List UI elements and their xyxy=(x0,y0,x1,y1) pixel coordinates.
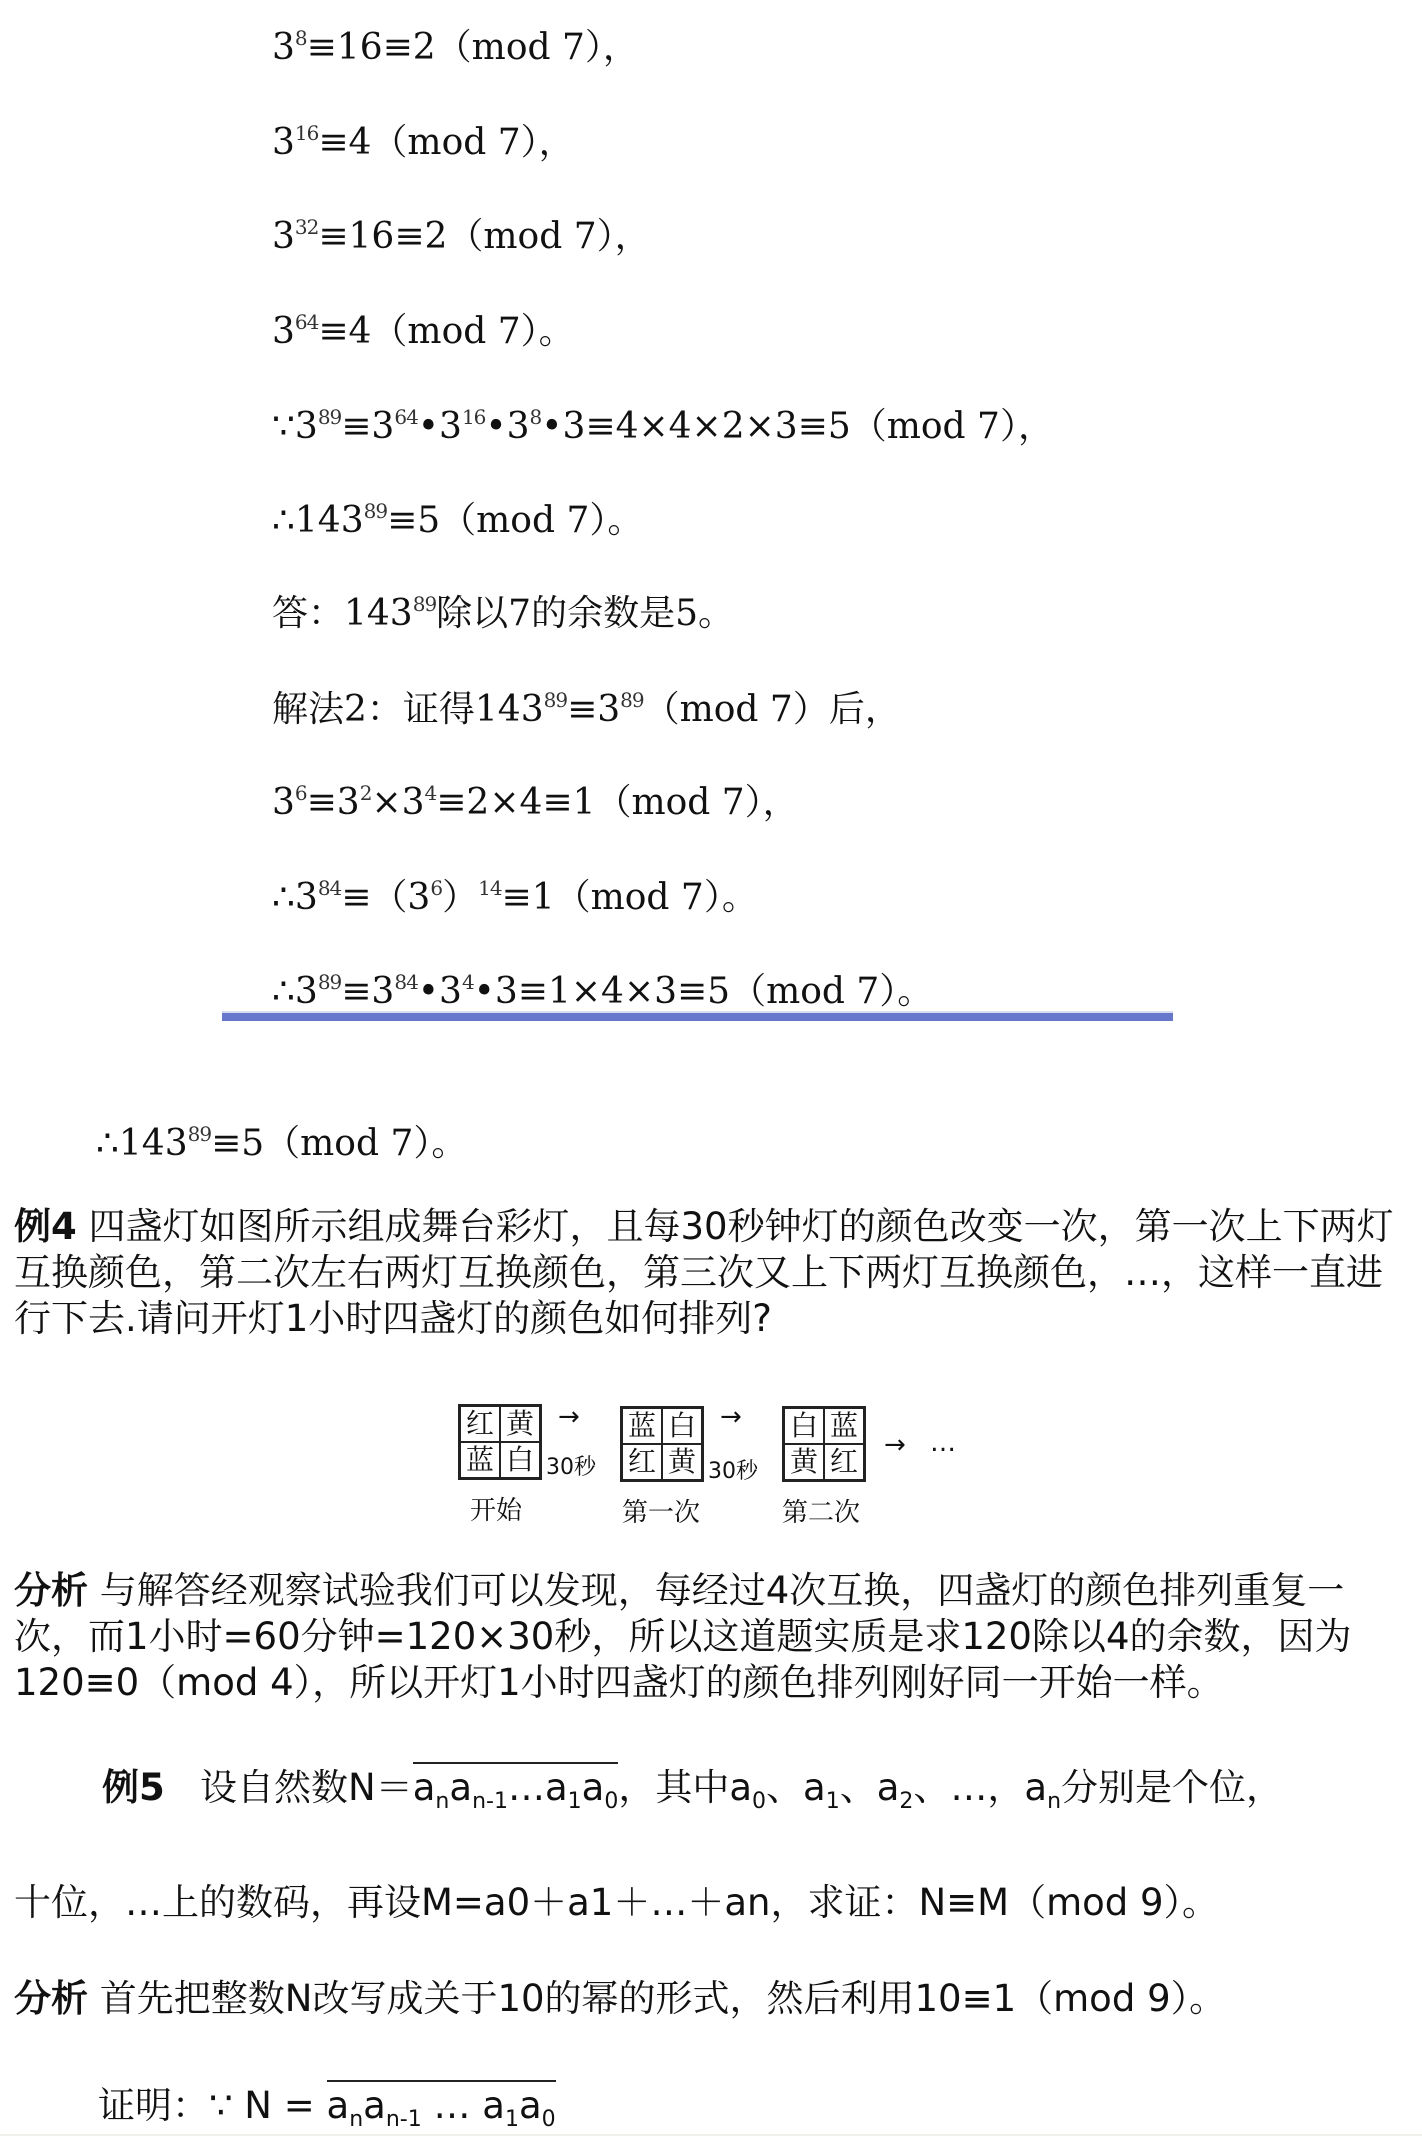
text: 3 xyxy=(272,782,295,823)
example4-paragraph: 例4 四盏灯如图所示组成舞台彩灯，且每30秒钟灯的颜色改变一次，第一次上下两灯互… xyxy=(14,1204,1414,1342)
text: ≡3 xyxy=(341,406,394,447)
conclusion-line: ∴14389≡5（mod 7）。 xyxy=(96,1112,467,1166)
exponent: 64 xyxy=(394,405,417,429)
text: ） xyxy=(442,877,478,918)
example4-text: 四盏灯如图所示组成舞台彩灯，且每30秒钟灯的颜色改变一次，第一次上下两灯互换颜色… xyxy=(14,1205,1394,1340)
congruence-line-3-8: 38≡16≡2（mod 7）， xyxy=(272,16,639,70)
text: •3≡4×4×2×3≡5（mod 7）， xyxy=(541,406,1054,447)
text: ≡5（mod 7）。 xyxy=(211,1123,467,1164)
text: ×3 xyxy=(371,782,424,823)
exponent: 84 xyxy=(318,876,341,900)
base: 3 xyxy=(272,27,295,68)
text: ∴143 xyxy=(272,500,364,541)
exponent: 89 xyxy=(544,688,567,712)
lamp-cell: 红 xyxy=(622,1444,662,1480)
exponent: 16 xyxy=(462,405,485,429)
caption-second: 第二次 xyxy=(782,1492,860,1529)
text: •3 xyxy=(418,971,462,1012)
text: ∴143 xyxy=(96,1123,188,1164)
exponent: 14 xyxy=(478,876,501,900)
text: 解法2：证得143 xyxy=(272,689,544,730)
congruence-line-3-16: 316≡4（mod 7）， xyxy=(272,111,575,165)
congruence-text: ≡4（mod 7）。 xyxy=(318,311,574,352)
text: ∴3 xyxy=(272,877,318,918)
exponent: 6 xyxy=(430,876,442,900)
lamp-grid-second: 白 蓝 黄 红 xyxy=(782,1406,866,1482)
lamp-cell: 黄 xyxy=(784,1444,824,1480)
exponent: 89 xyxy=(318,970,341,994)
text: ∴3 xyxy=(272,971,318,1012)
page-bottom-edge xyxy=(0,2134,1422,2136)
text: ≡5（mod 7）。 xyxy=(387,500,643,541)
congruence-text: ≡16≡2（mod 7）， xyxy=(318,216,650,257)
therefore-line: ∴14389≡5（mod 7）。 xyxy=(272,489,643,543)
text: ，其中a xyxy=(618,1766,752,1809)
exponent: 8 xyxy=(530,405,542,429)
analysis5-text: 首先把整数N改写成关于10的幂的形式，然后利用10≡1（mod 9）。 xyxy=(88,1977,1226,2020)
analysis5-label: 分析 xyxy=(14,1977,88,2020)
exponent: 32 xyxy=(295,215,318,239)
example5-label: 例5 xyxy=(102,1766,165,1809)
solution2-line1: 36≡32×34≡2×4≡1（mod 7）， xyxy=(272,771,799,825)
text: ≡3 xyxy=(567,689,620,730)
arrow-icon: → xyxy=(720,1402,742,1432)
text: ≡3 xyxy=(307,782,360,823)
text: ≡3 xyxy=(341,971,394,1012)
exponent: 89 xyxy=(620,688,643,712)
text: 答：143 xyxy=(272,593,413,634)
lamp-cell: 黄 xyxy=(500,1406,540,1442)
exponent: 89 xyxy=(318,405,341,429)
solution2-line3: ∴389≡384•34•3≡1×4×3≡5（mod 7）。 xyxy=(272,960,933,1014)
congruence-line-3-64: 364≡4（mod 7）。 xyxy=(272,300,575,354)
caption-start: 开始 xyxy=(470,1490,522,1527)
analysis4-text: 与解答经观察试验我们可以发现，每经过4次互换，四盏灯的颜色排列重复一次，而1小时… xyxy=(14,1569,1352,1704)
lamp-cell: 白 xyxy=(662,1408,702,1444)
exponent: 84 xyxy=(394,970,417,994)
congruence-line-3-32: 332≡16≡2（mod 7）， xyxy=(272,205,651,259)
text: ≡（3 xyxy=(341,877,430,918)
example5-line2: 十位，…上的数码，再设M=a0＋a1＋…＋an，求证：N≡M（mod 9）。 xyxy=(14,1881,1219,1925)
text: 设自然数N＝ xyxy=(200,1766,413,1809)
interval-label: 30秒 xyxy=(546,1450,596,1481)
text: •3 xyxy=(485,406,529,447)
digit-string-overline: anan-1 … a1a0 xyxy=(327,2080,556,2127)
base: 3 xyxy=(272,216,295,257)
text: ∵3 xyxy=(272,406,318,447)
congruence-text: ≡16≡2（mod 7）， xyxy=(307,27,639,68)
lamp-grid-first: 蓝 白 红 黄 xyxy=(620,1406,704,1482)
text: •3 xyxy=(418,406,462,447)
exponent: 64 xyxy=(295,310,318,334)
exponent: 8 xyxy=(295,26,307,50)
lamp-cell: 白 xyxy=(500,1442,540,1478)
solution2-header: 解法2：证得14389≡389（mod 7）后， xyxy=(272,678,901,732)
solution2-line2: ∴384≡（36）14≡1（mod 7）。 xyxy=(272,866,758,920)
exponent: 16 xyxy=(295,121,318,145)
exponent: 89 xyxy=(364,499,387,523)
analysis5-line: 分析 首先把整数N改写成关于10的幂的形式，然后利用10≡1（mod 9）。 xyxy=(14,1977,1226,2021)
arrow-icon: → xyxy=(884,1430,906,1460)
example5-line1: 例5 设自然数N＝anan-1…a1a0，其中a0、a1、a2、…，an分别是个… xyxy=(102,1766,1283,1824)
text: （mod 7）后， xyxy=(644,689,901,730)
text: 除以7的余数是5。 xyxy=(436,593,734,634)
lamp-cell: 红 xyxy=(824,1444,864,1480)
arrow-icon: → xyxy=(558,1402,580,1432)
exponent: 4 xyxy=(425,781,437,805)
interval-label: 30秒 xyxy=(708,1454,758,1485)
lamp-cell: 白 xyxy=(784,1408,824,1444)
base: 3 xyxy=(272,122,295,163)
congruence-text: ≡4（mod 7）， xyxy=(318,122,574,163)
digit-string-overline: anan-1…a1a0 xyxy=(413,1762,619,1809)
lamp-diagram: 红 黄 蓝 白 → 30秒 开始 蓝 白 红 黄 → 30秒 第一次 白 蓝 黄… xyxy=(458,1398,978,1528)
example4-label: 例4 xyxy=(14,1205,77,1248)
lamp-cell: 蓝 xyxy=(622,1408,662,1444)
text: 证明：∵ N = xyxy=(98,2084,327,2127)
exponent: 6 xyxy=(295,781,307,805)
analysis4-paragraph: 分析 与解答经观察试验我们可以发现，每经过4次互换，四盏灯的颜色排列重复一次，而… xyxy=(14,1568,1414,1706)
caption-first: 第一次 xyxy=(622,1492,700,1529)
section-divider xyxy=(222,1011,1173,1021)
exponent: 89 xyxy=(188,1122,211,1146)
text: ≡1（mod 7）。 xyxy=(502,877,758,918)
lamp-grid-start: 红 黄 蓝 白 xyxy=(458,1404,542,1480)
exponent: 89 xyxy=(413,592,436,616)
lamp-cell: 红 xyxy=(460,1406,500,1442)
text: 分别是个位， xyxy=(1061,1766,1283,1809)
lamp-cell: 蓝 xyxy=(824,1408,864,1444)
analysis4-label: 分析 xyxy=(14,1569,88,1612)
text: ≡2×4≡1（mod 7）， xyxy=(436,782,798,823)
lamp-cell: 蓝 xyxy=(460,1442,500,1478)
because-line: ∵389≡364•316•38•3≡4×4×2×3≡5（mod 7）， xyxy=(272,395,1054,449)
exponent: 4 xyxy=(462,970,474,994)
exponent: 2 xyxy=(360,781,372,805)
ellipsis: … xyxy=(930,1428,956,1458)
text: •3≡1×4×3≡5（mod 7）。 xyxy=(474,971,934,1012)
base: 3 xyxy=(272,311,295,352)
lamp-cell: 黄 xyxy=(662,1444,702,1480)
answer-line: 答：14389除以7的余数是5。 xyxy=(272,582,734,636)
